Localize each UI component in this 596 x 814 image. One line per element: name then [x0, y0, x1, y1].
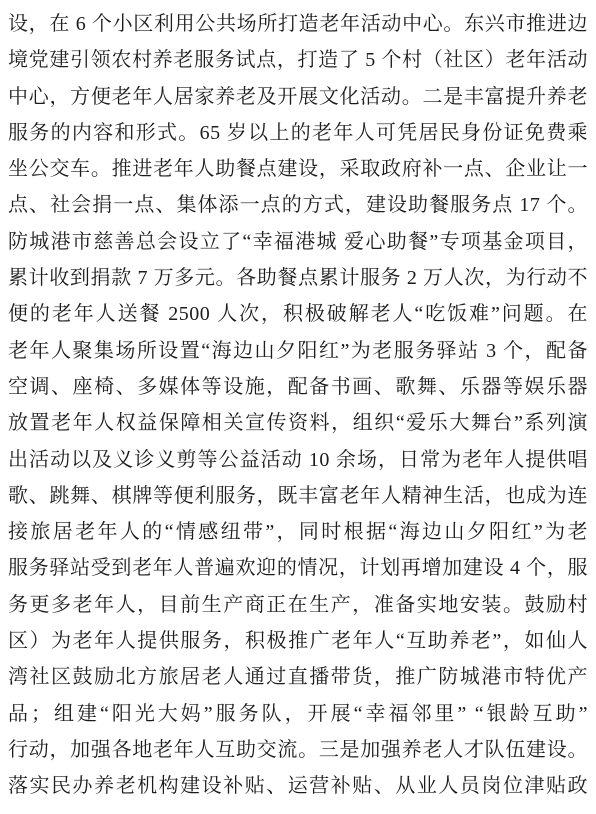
text-line: 老年人聚集场所设置“海边山夕阳红”为老服务驿站 3 个，配备	[8, 333, 588, 369]
text-line: 服务驿站受到老年人普遍欢迎的情况，计划再增加建设 4 个，服	[8, 550, 588, 586]
text-line: 空调、座椅、多媒体等设施，配备书画、歌舞、乐器等娱乐器材，	[8, 369, 588, 405]
text-line: 务更多老年人，目前生产商正在生产，准备实地安装。鼓励村（社	[8, 587, 588, 623]
text-line: 出活动以及义诊义剪等公益活动 10 余场，日常为老年人提供唱	[8, 442, 588, 478]
document-page: 设，在 6 个小区利用公共场所打造老年活动中心。东兴市推进边 境党建引领农村养老…	[0, 0, 596, 814]
text-line: 点、社会捐一点、集体添一点的方式，建设助餐服务点 17 个。	[8, 187, 588, 223]
text-line: 接旅居老年人的“情感纽带”，同时根据“海边山夕阳红”为老	[8, 514, 588, 550]
text-line: 便的老年人送餐 2500 人次，积极破解老人“吃饭难”问题。在	[8, 296, 588, 332]
text-line: 设，在 6 个小区利用公共场所打造老年活动中心。东兴市推进边	[8, 6, 588, 42]
text-line: 中心，方便老年人居家养老及开展文化活动。二是丰富提升养老	[8, 79, 588, 115]
text-line: 服务的内容和形式。65 岁以上的老年人可凭居民身份证免费乘	[8, 115, 588, 151]
text-line: 行动，加强各地老年人互助交流。三是加强养老人才队伍建设。	[8, 732, 588, 768]
text-line: 歌、跳舞、棋牌等便利服务，既丰富老年人精神生活，也成为连	[8, 478, 588, 514]
text-line: 境党建引领农村养老服务试点，打造了 5 个村（社区）老年活动	[8, 42, 588, 78]
text-line: 放置老年人权益保障相关宣传资料，组织“爱乐大舞台”系列演	[8, 405, 588, 441]
text-line: 品；组建“阳光大妈”服务队，开展“幸福邻里” “银龄互助”	[8, 696, 588, 732]
text-line: 坐公交车。推进老年人助餐点建设，采取政府补一点、企业让一	[8, 151, 588, 187]
text-line: 落实民办养老机构建设补贴、运营补贴、从业人员岗位津贴政策，	[8, 768, 588, 804]
text-line: 防城港市慈善总会设立了“幸福港城 爱心助餐”专项基金项目，	[8, 224, 588, 260]
text-line: 湾社区鼓励北方旅居老人通过直播带货，推广防城港市特优产	[8, 659, 588, 695]
text-line: 区）为老年人提供服务，积极推广老年人“互助养老”，如仙人	[8, 623, 588, 659]
text-line: 累计收到捐款 7 万多元。各助餐点累计服务 2 万人次，为行动不	[8, 260, 588, 296]
